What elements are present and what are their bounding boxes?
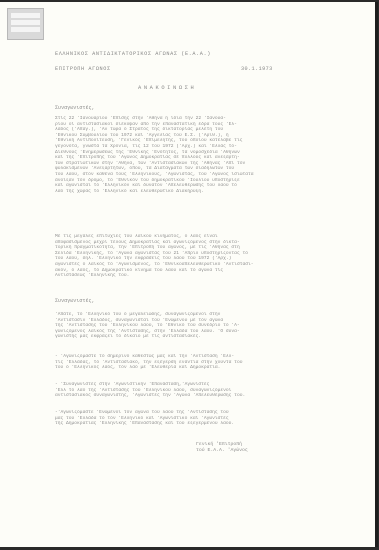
paragraph: -'Αγωνιζόμαστε 'Ενωμένοι τόν αγώνα τού λ… bbox=[55, 410, 355, 427]
text-line: γωνιστής μας εκφράζει τό δίκαιο μέ τίς α… bbox=[55, 334, 355, 340]
text-line: τής Δημοκρατίας 'Ελληνικής 'Επανάστασης … bbox=[55, 421, 355, 427]
salutation-second: Συναγωνιστές, bbox=[55, 299, 95, 305]
document-title: ΑΝΑΚΟΙΝΩΣΗ bbox=[138, 86, 196, 92]
paragraph: - 'Αγωνιζόμαστε τό σημερινό καθεστώς μας… bbox=[55, 354, 355, 371]
signature-block: Γενική 'Επιτροπή τού Ε.Α.Α. 'Αγώνος bbox=[196, 442, 248, 454]
signature-line-2: τού Ε.Α.Α. 'Αγώνος bbox=[196, 448, 248, 454]
text-line: αντιστασιακός συναγωνιστής, 'Αγωνιστές τ… bbox=[55, 393, 355, 399]
text-line: τού ό 'Ελληνικός λαός, τόν λαό μέ 'Ελευθ… bbox=[55, 365, 355, 371]
document-date: 30.1.1973 bbox=[241, 67, 273, 73]
paragraph: Μέ τίς μεγάλες επιτυχίες τού λαϊκού κινή… bbox=[55, 234, 355, 279]
document-page: ΕΛΛΗΝΙΚΟΣ ΑΝΤΙΔΙΚΤΑΤΟΡΙΚΟΣ ΑΓΩΝΑΣ (Ε.Α.Α… bbox=[0, 2, 378, 547]
text-line: Αντιστάσεως 'Ελληνικής τού. bbox=[55, 273, 355, 279]
organization-header: ΕΛΛΗΝΙΚΟΣ ΑΝΤΙΔΙΚΤΑΤΟΡΙΚΟΣ ΑΓΩΝΑΣ (Ε.Α.Α… bbox=[55, 52, 211, 58]
text-line: λαό τής χώρας τό 'Ελληνικό καί ελευθερωτ… bbox=[55, 189, 355, 195]
archive-stamp-logo bbox=[7, 8, 44, 40]
paragraph: Στίς 22 'Ιανουαρίου 'Επίσης στήν 'Αθήνα … bbox=[55, 116, 355, 194]
salutation: Συναγωνιστές, bbox=[55, 106, 95, 112]
paragraph: 'Απάτε, τό 'Ελληνικό τού ό μεγαλειώδης, … bbox=[55, 312, 355, 340]
paragraph: - 'Συναγωνιστές στήν 'Αγωνιστικήν 'Επανά… bbox=[55, 382, 355, 399]
committee-header: ΕΠΙΤΡΟΠΗ ΑΓΩΝΟΣ bbox=[55, 67, 111, 73]
